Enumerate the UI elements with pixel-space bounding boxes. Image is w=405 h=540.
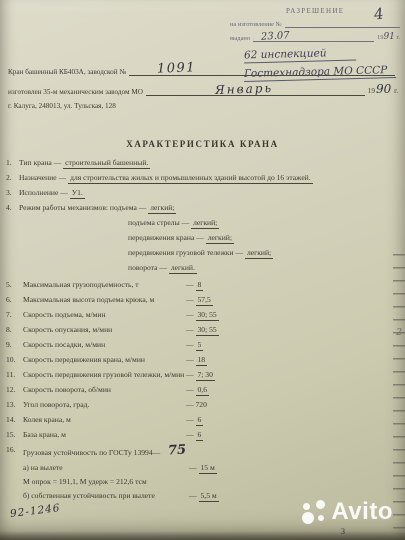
param-value: — 6: [186, 429, 203, 440]
stamp-year-suffix: г.: [397, 34, 401, 41]
year-prefix: 19: [368, 87, 375, 95]
stamp-line-issued: выдано 23.07 1991 г.: [230, 32, 400, 42]
avito-logo-icon: [302, 500, 326, 524]
param-number: 14.: [6, 414, 16, 425]
sub-item-label: передвижения крана —: [128, 233, 204, 242]
dash: —: [186, 295, 194, 304]
handwritten-issue-date: 23.07: [261, 30, 290, 42]
param-value: — 30; 55: [186, 309, 219, 320]
dash: —: [186, 430, 194, 439]
item-label: Тип крана —: [19, 158, 61, 167]
dash: —: [189, 463, 197, 472]
item-value: строительный башенный.: [63, 158, 150, 169]
item16-label: Грузовая устойчивость по ГОСТу 13994—: [23, 448, 160, 457]
document-page: 4 РАЗРЕШЕНИЕ на изготовление № выдано 23…: [0, 0, 405, 540]
param-label: Скорость передвижения крана, м/мин: [23, 355, 145, 364]
page-title: ХАРАКТЕРИСТИКА КРАНА: [0, 139, 405, 149]
sub-a-value-text: 15 м: [199, 463, 217, 474]
sub-item-label: поворота —: [128, 263, 167, 272]
param-number: 16.: [6, 444, 16, 455]
param-label: Скорость поворота, об/мин: [23, 385, 111, 394]
param-label: Максимальная высота подъема крюка, м: [23, 295, 154, 304]
param-value: — 720: [186, 399, 207, 410]
param-number: 9.: [6, 339, 12, 350]
param-value-text: 0,6: [196, 385, 210, 396]
param-label: Скорость передвижения грузовой тележки, …: [23, 369, 191, 380]
item-number: 4.: [6, 202, 12, 213]
handwritten-serial-number: 1091: [157, 60, 197, 76]
sub-item-value: легкий;: [206, 233, 234, 244]
param-row-5: 5. Максимальная грузоподъемность, т — 8: [6, 279, 394, 290]
param-number: 6.: [6, 294, 12, 305]
stamp-line2-label: выдано: [230, 35, 250, 42]
sub-item-label: подъема стрелы —: [128, 218, 189, 227]
param-value-text: 18: [196, 355, 208, 366]
stamp-line1-label: на изготовление №: [230, 21, 282, 28]
handwritten-inspection-line1: 62 инспекцией: [244, 47, 356, 64]
dash: —: [186, 280, 194, 289]
sub-item-value: легкий;: [148, 203, 176, 214]
dash: —: [186, 355, 194, 364]
parameters-table: 5. Максимальная грузоподъемность, т — 8 …: [6, 279, 394, 440]
item-label: Исполнение —: [19, 188, 68, 197]
param-value-text: 30; 55: [196, 310, 219, 321]
param-number: 13.: [6, 399, 16, 410]
item16-heading: 16. Грузовая устойчивость по ГОСТу 13994…: [6, 444, 394, 459]
dash: —: [186, 385, 194, 394]
stamp-line1-blank: [285, 19, 400, 28]
param-value-text: 6: [196, 415, 204, 426]
param-row-6: 6. Максимальная высота подъема крюка, м …: [6, 294, 394, 305]
handwritten-month: Январь: [215, 81, 273, 97]
manufacturer-label: изготовлен 35-м механическим заводом МО: [8, 88, 143, 96]
param-row-9: 9. Скорость посадки, м/мин — 5: [6, 339, 394, 350]
avito-watermark: Avito: [302, 498, 393, 526]
param-row-15: 15. База крана, м — 6: [6, 429, 394, 440]
stamp-year: 1991 г.: [377, 32, 400, 42]
sub-item-label: подъема —: [110, 203, 146, 212]
param-value-text: 7; 30: [196, 370, 215, 381]
item16-sub-a: а) на вылете — 15 м: [6, 462, 394, 473]
item-value: У1.: [70, 188, 85, 199]
param-row-8: 8. Скорость опускания, м/мин — 30; 55: [6, 324, 394, 335]
dash: —: [189, 491, 197, 500]
spec-item-3: 3. Исполнение — У1.: [6, 187, 394, 198]
year-suffix: г.: [394, 87, 398, 95]
spec-item-4-sub: поворота — легкий.: [6, 262, 394, 273]
param-label: Максимальная грузоподъемность, т: [23, 280, 139, 289]
item-number: 2.: [6, 172, 12, 183]
sub-a-value: — 15 м: [189, 462, 217, 473]
stamp-line2-blank: 23.07: [253, 33, 374, 42]
sub-b-value-text: 5,5 м: [199, 491, 219, 502]
item-number: 3.: [6, 187, 12, 198]
item-number: 1.: [6, 157, 12, 168]
dash: —: [186, 310, 194, 319]
param-label: Колея крана, м: [23, 415, 71, 424]
header-line-crane: Кран башенный КБ403А, заводской № 1091: [8, 66, 398, 76]
sub-b-label: б) собственная устойчивость при вылете: [23, 491, 155, 500]
spec-item-4-sub: подъема стрелы — легкий;: [6, 217, 394, 228]
param-row-11: 11. Скорость передвижения грузовой тележ…: [6, 369, 394, 380]
param-row-14: 14. Колея крана, м — 6: [6, 414, 394, 425]
dash: —: [186, 325, 194, 334]
manufacture-year: 1990 г.: [368, 82, 398, 96]
spec-item-4: 4. Режим работы механизмов: подъема — ле…: [6, 202, 394, 213]
dash: —: [186, 400, 194, 409]
sub-a-label: а) на вылете: [23, 463, 63, 472]
spec-item-4-sub: передвижения грузовой тележки — легкий;: [6, 247, 394, 258]
spec-item-1: 1. Тип крана — строительный башенный.: [6, 157, 394, 168]
sub-item-label: передвижения грузовой тележки —: [128, 248, 243, 257]
spec-item-4-sub: передвижения крана — легкий;: [6, 232, 394, 243]
param-number: 12.: [6, 384, 16, 395]
dash: —: [186, 415, 194, 424]
moments-text: М опрок = 191,1, М удерж = 212,6 тсм: [23, 477, 147, 486]
avito-watermark-label: Avito: [331, 498, 393, 526]
param-label: Угол поворота, град.: [23, 400, 89, 409]
item16-moments: М опрок = 191,1, М удерж = 212,6 тсм: [6, 476, 394, 487]
manufacturer-address: г. Калуга, 248013, ул. Тульская, 128: [8, 102, 398, 110]
param-number: 8.: [6, 324, 12, 335]
param-value: — 7; 30: [186, 369, 215, 380]
param-value-text: 8: [196, 280, 204, 291]
sub-b-value: — 5,5 м: [189, 490, 219, 501]
spec-item-16: 16. Грузовая устойчивость по ГОСТу 13994…: [6, 444, 394, 501]
param-value: — 18: [186, 354, 207, 365]
param-value: — 8: [186, 279, 203, 290]
param-number: 15.: [6, 429, 16, 440]
param-value-text: 5: [196, 340, 204, 351]
param-label: Скорость посадки, м/мин: [23, 340, 105, 349]
param-row-7: 7. Скорость подъема, м/мин — 30; 55: [6, 309, 394, 320]
param-value: — 5: [186, 339, 203, 350]
sub-item-value: легкий;: [191, 218, 219, 229]
dash: —: [186, 370, 194, 379]
param-label: Скорость подъема, м/мин: [23, 310, 106, 319]
param-number: 5.: [6, 279, 12, 290]
edge-page-number: 2: [396, 328, 402, 338]
param-number: 11.: [6, 369, 15, 380]
sub-item-value: легкий;: [245, 248, 273, 259]
param-row-12: 12. Скорость поворота, об/мин — 0,6: [6, 384, 394, 395]
handwritten-inventory-note: 92-1246: [9, 502, 61, 520]
bottom-shadow: [0, 531, 405, 540]
item-label: Режим работы механизмов:: [19, 203, 108, 212]
stamp-line-manufacture: на изготовление №: [230, 19, 400, 28]
sub-item-value: легкий.: [169, 263, 197, 274]
param-value: — 57,5: [186, 294, 213, 305]
param-value-text: 720: [196, 400, 207, 409]
param-number: 10.: [6, 354, 16, 365]
serial-number-blank: 1091: [129, 66, 395, 76]
handwritten-stamp-year: 91: [383, 32, 394, 42]
param-value: — 0,6: [186, 384, 209, 395]
spec-item-2: 2. Назначение — для строительства жилых …: [6, 172, 394, 183]
param-value-text: 30; 55: [196, 325, 219, 336]
param-row-10: 10. Скорость передвижения крана, м/мин —…: [6, 354, 394, 365]
param-value-text: 6: [196, 430, 204, 441]
characteristics-list: 1. Тип крана — строительный башенный. 2.…: [6, 157, 394, 504]
header-line-manufactured: изготовлен 35-м механическим заводом МО …: [8, 82, 398, 96]
handwritten-year: 90: [376, 82, 391, 96]
param-value: — 6: [186, 414, 203, 425]
param-label: Скорость опускания, м/мин: [23, 325, 112, 334]
param-value: — 30; 55: [186, 324, 219, 335]
crane-type-label: Кран башенный КБ403А, заводской №: [8, 68, 126, 76]
handwritten-gost-year: 75: [168, 443, 187, 459]
item-label: Назначение —: [19, 173, 66, 182]
document-header: Кран башенный КБ403А, заводской № 1091 и…: [8, 66, 398, 110]
param-value-text: 57,5: [196, 295, 213, 306]
binding-edge: [393, 250, 405, 540]
param-label: База крана, м: [23, 430, 66, 439]
param-number: 7.: [6, 309, 12, 320]
param-row-13: 13. Угол поворота, град. — 720: [6, 399, 394, 410]
manufacture-date-blank: Январь: [146, 86, 365, 96]
dash: —: [186, 340, 194, 349]
item-value: для строительства жилых и промышленных з…: [68, 173, 313, 184]
